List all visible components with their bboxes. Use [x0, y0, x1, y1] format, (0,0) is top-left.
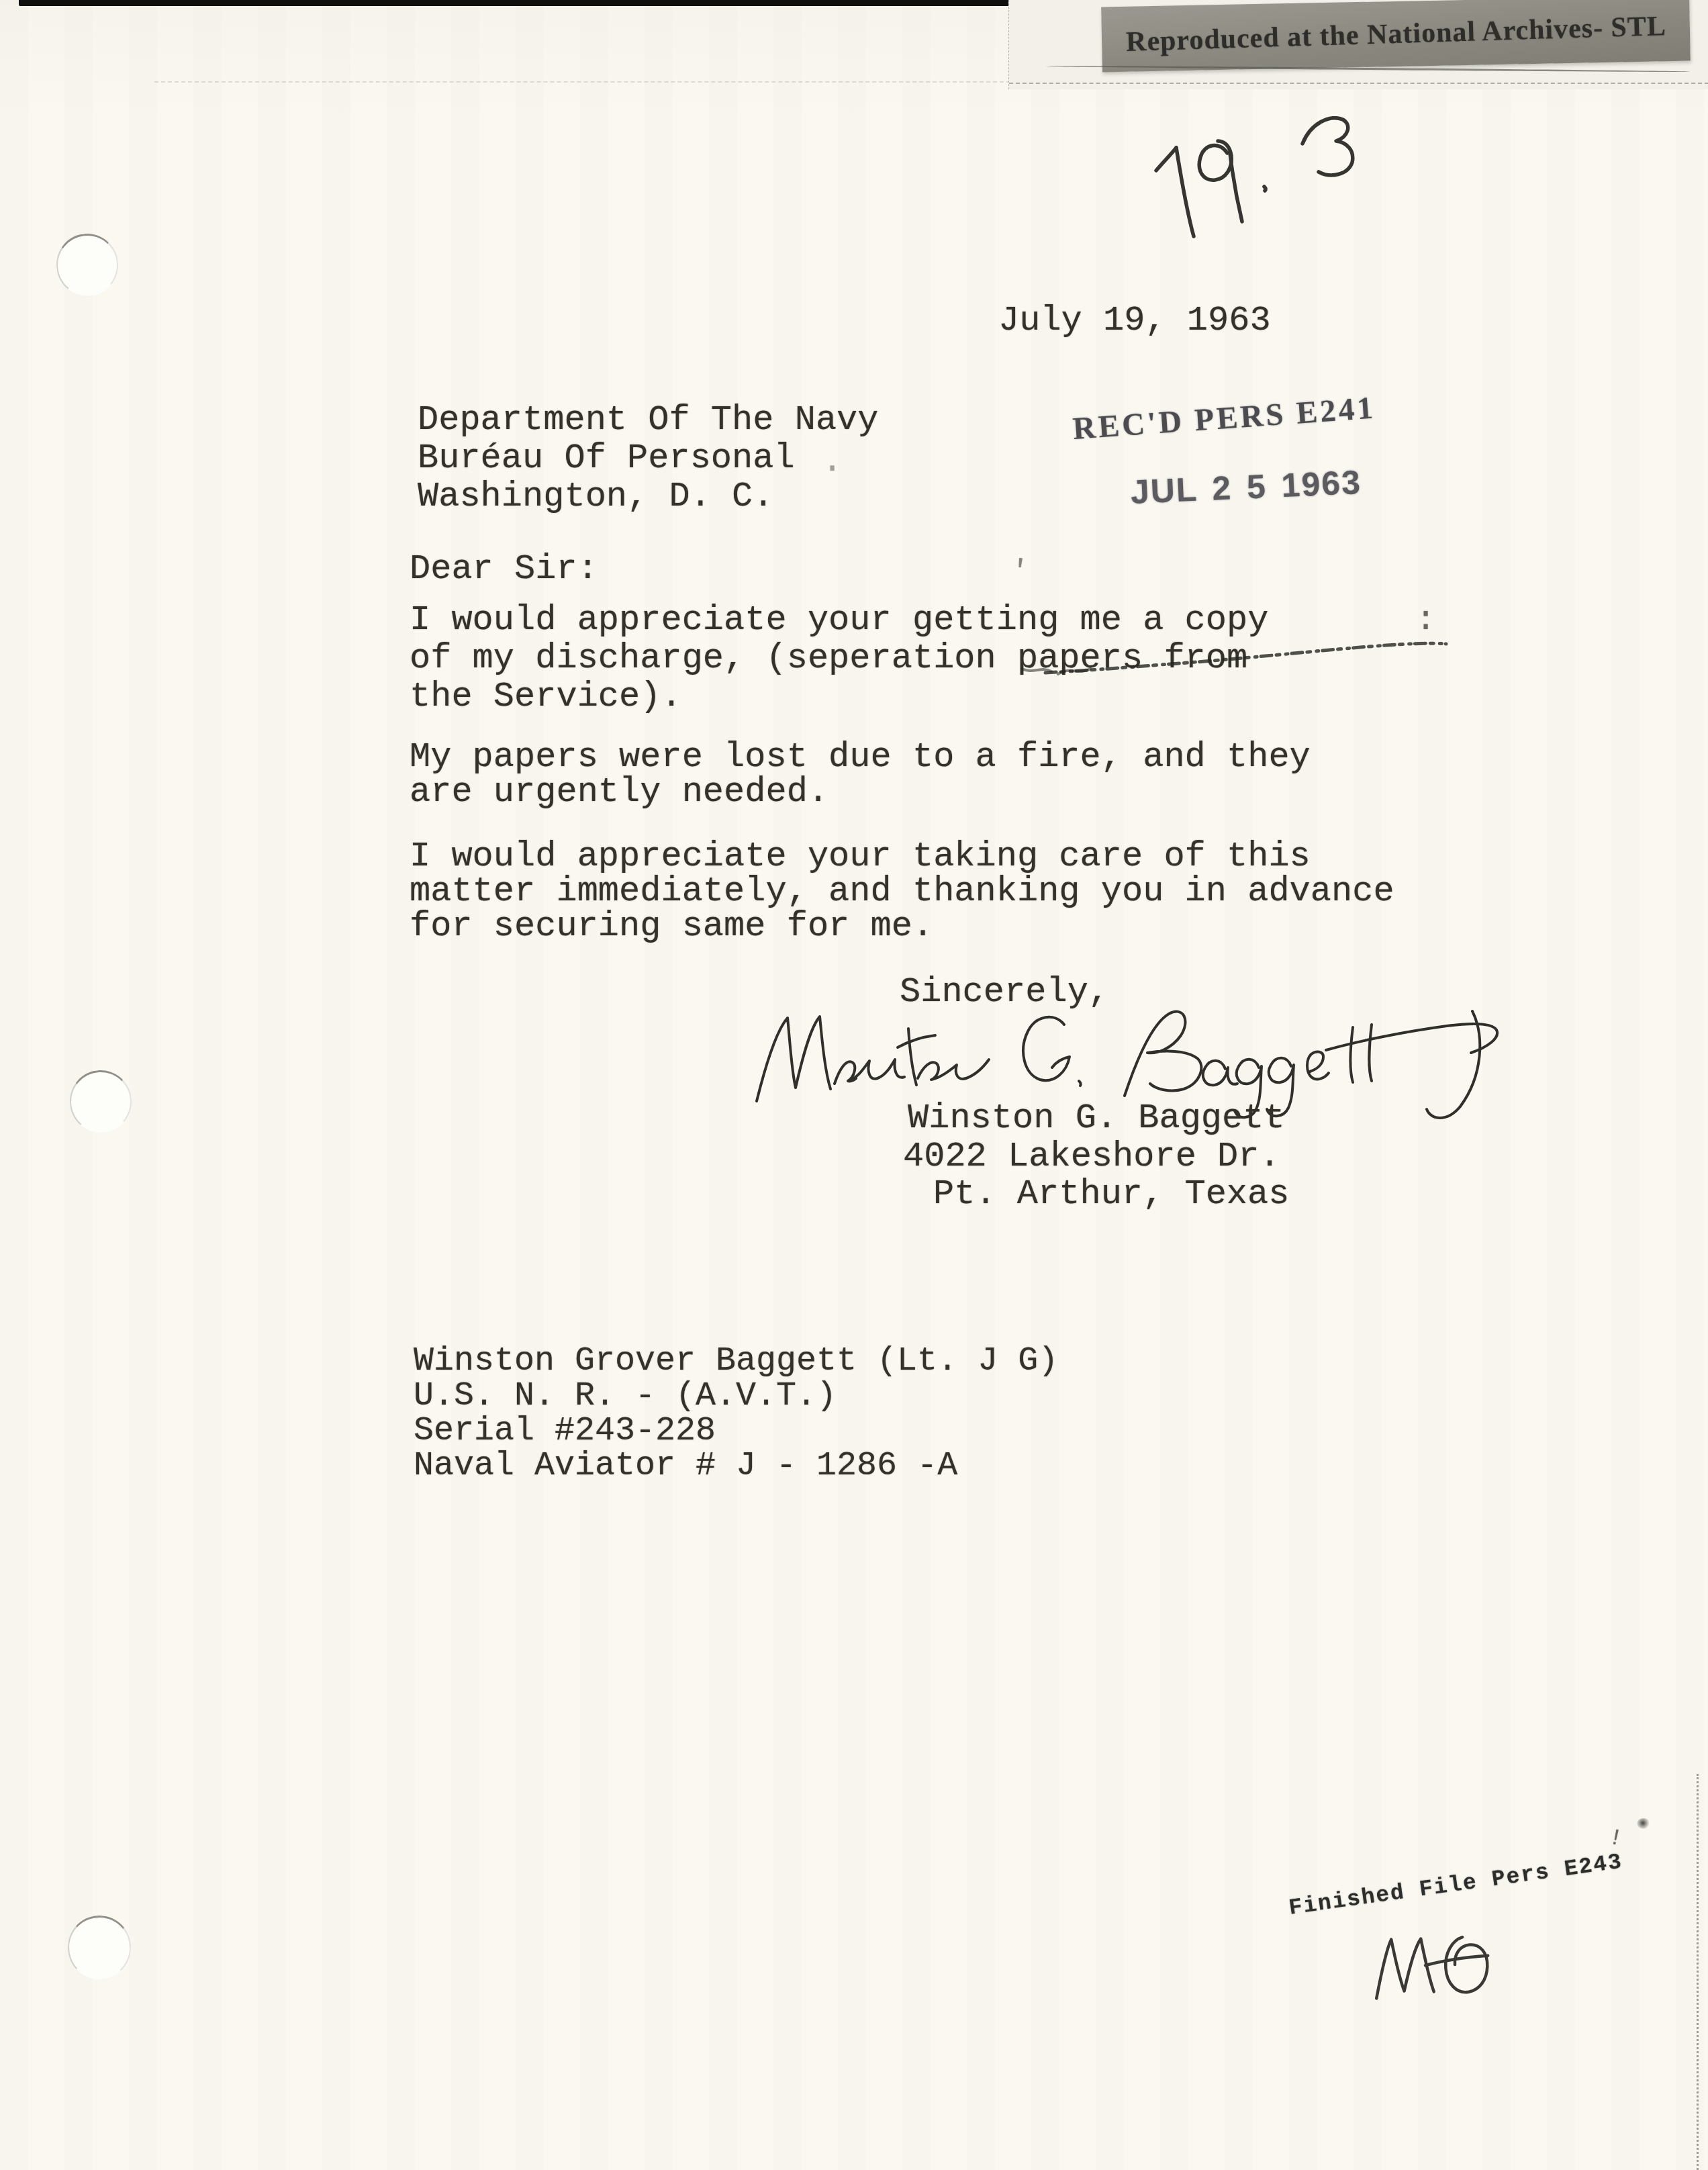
ink-scratch-mark: [1042, 636, 1453, 679]
archives-banner-band: Reproduced at the National Archives- STL: [1101, 0, 1691, 72]
finished-file-stamp: Finished File Pers E243: [1287, 1849, 1624, 1920]
stray-exclaim-mark: !: [1607, 1826, 1625, 1851]
sender-name: Winston G. Baggett: [908, 1101, 1285, 1136]
handwritten-page-number: 19.3: [1114, 89, 1396, 250]
scan-right-dotted-edge: [1697, 1774, 1699, 2170]
stray-period-mark: .: [822, 444, 843, 479]
scan-crease-line: [154, 81, 1010, 83]
received-stamp-date: JUL 2 5 1963: [1130, 463, 1362, 512]
scan-top-edge-artifact: [19, 0, 1018, 6]
hole-punch-top: [53, 230, 121, 299]
body-line: matter immediately, and thanking you in …: [410, 874, 1394, 909]
id-line-serial: Serial #243-228: [414, 1415, 716, 1448]
ink-tick-mark: ': [1009, 557, 1030, 588]
id-line-name: Winston Grover Baggett (Lt. J G): [414, 1345, 1058, 1378]
received-stamp-line1: REC'D PERS E241: [1072, 390, 1376, 447]
body-line: are urgently needed.: [410, 775, 828, 810]
archives-banner-text: Reproduced at the National Archives- STL: [1125, 10, 1666, 58]
stray-colon-mark: :: [1415, 603, 1436, 638]
body-line: I would appreciate your getting me a cop…: [410, 603, 1268, 638]
sender-city: Pt. Arthur, Texas: [933, 1177, 1290, 1212]
hole-punch-bottom: [66, 1914, 132, 1980]
recipient-line-3: Washington, D. C.: [418, 479, 774, 514]
recipient-line-2: Buréau Of Personal: [418, 441, 795, 476]
scanned-letter-page: Reproduced at the National Archives- STL…: [0, 0, 1708, 2170]
id-line-service: U.S. N. R. - (A.V.T.): [414, 1380, 837, 1413]
archives-banner: Reproduced at the National Archives- STL: [1008, 0, 1708, 89]
body-line: the Service).: [410, 679, 682, 714]
body-line: for securing same for me.: [410, 909, 933, 944]
letter-date: July 19, 1963: [998, 303, 1271, 338]
body-line: I would appreciate your taking care of t…: [410, 839, 1311, 874]
handwritten-initials: MEO: [1364, 1917, 1511, 2014]
body-line: My papers were lost due to a fire, and t…: [410, 740, 1311, 775]
sender-street: 4022 Lakeshore Dr.: [903, 1139, 1280, 1174]
banner-bottom-line: [1009, 83, 1708, 84]
salutation: Dear Sir:: [410, 552, 598, 587]
hole-punch-middle: [68, 1068, 134, 1135]
ink-smudge-mark: [1637, 1818, 1650, 1829]
id-line-aviator: Naval Aviator # J - 1286 -A: [414, 1450, 957, 1483]
recipient-line-1: Department Of The Navy: [418, 403, 879, 438]
